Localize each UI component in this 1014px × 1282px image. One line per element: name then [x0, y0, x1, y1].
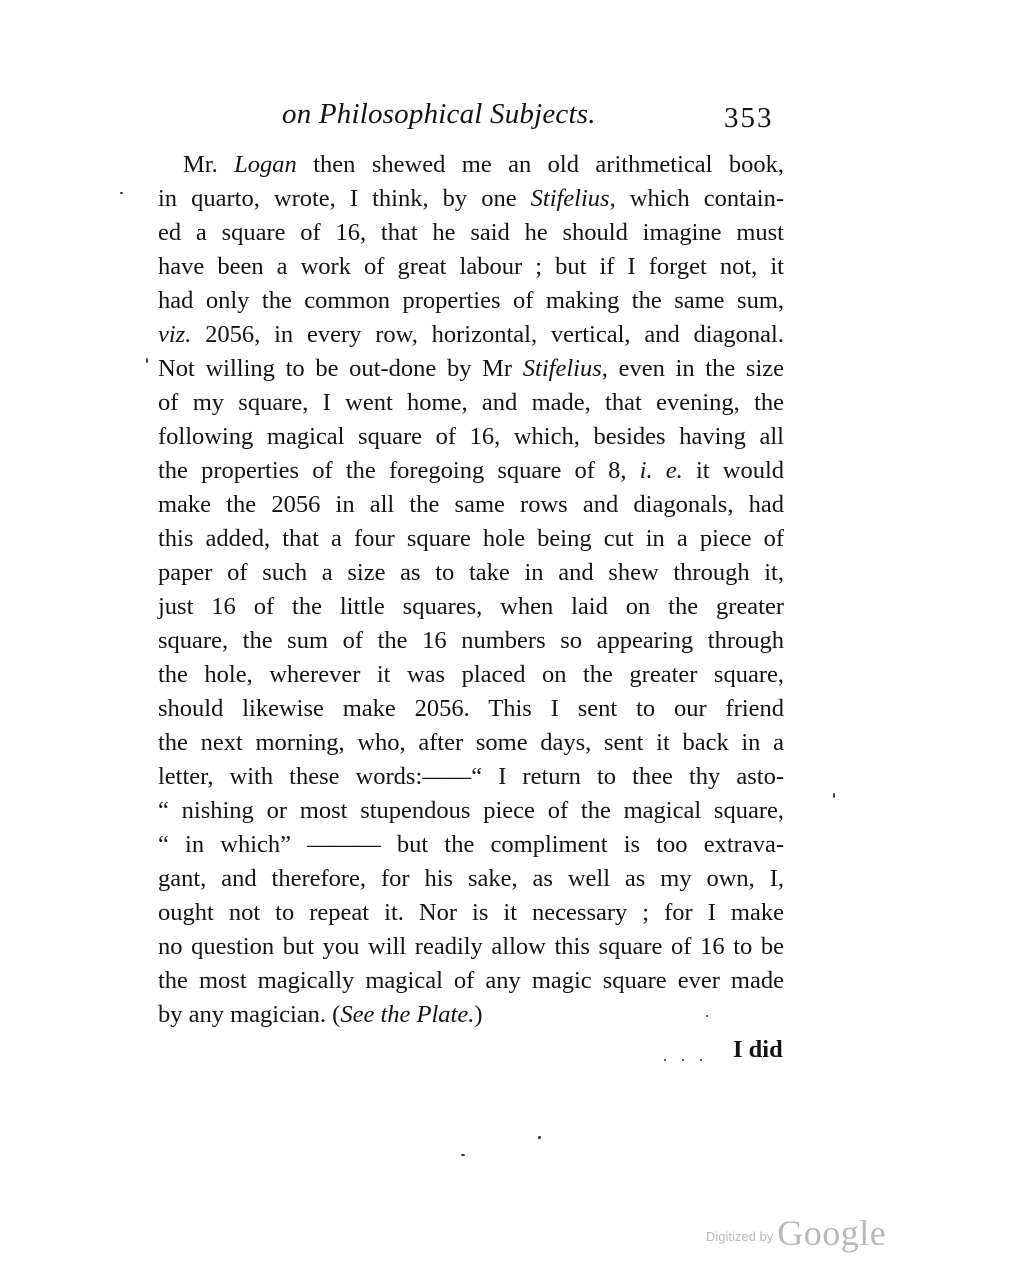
italic-span: viz.	[158, 321, 191, 348]
text-line: square, the sum of the 16 numbers so app…	[158, 626, 784, 656]
text-line: make the 2056 in all the same rows and d…	[158, 490, 784, 520]
text-span: Mr.	[183, 151, 234, 178]
text-line: ed a square of 16, that he said he shoul…	[158, 218, 784, 248]
running-title: on Philosophical Subjects.	[282, 98, 596, 131]
scan-speck	[833, 793, 835, 798]
text-line: just 16 of the little squares, when laid…	[158, 592, 784, 622]
text-line: have been a work of great labour ; but i…	[158, 252, 784, 282]
text-span: square, the sum of the 16 numbers so app…	[158, 627, 784, 654]
text-span: the next morning, who, after some days, …	[158, 729, 784, 756]
text-span: )	[474, 1001, 482, 1028]
text-span: had only the common properties of making…	[158, 287, 784, 314]
text-span: in quarto, wrote, I think, by one	[158, 185, 531, 212]
text-line: Mr. Logan then shewed me an old arithmet…	[183, 150, 784, 180]
text-span: the properties of the foregoing square o…	[158, 457, 640, 484]
text-span: Not willing to be out-done by Mr	[158, 355, 523, 382]
text-span: , which contain-	[610, 185, 784, 212]
text-span: letter, with these words:——“ I return to…	[158, 763, 784, 790]
text-line: the hole, wherever it was placed on the …	[158, 660, 784, 690]
text-span: should likewise make 2056. This I sent t…	[158, 695, 784, 722]
text-span: , even in the size	[602, 355, 784, 382]
text-line: by any magician. (See the Plate.)	[158, 1000, 784, 1030]
scan-speck	[146, 358, 148, 363]
italic-span: Stifelius	[523, 355, 602, 382]
text-span: the hole, wherever it was placed on the …	[158, 661, 784, 688]
text-line: “ nishing or most stupendous piece of th…	[158, 796, 784, 826]
watermark-prefix: Digitized by	[706, 1229, 773, 1244]
text-span: of my square, I went home, and made, tha…	[158, 389, 784, 416]
text-line: should likewise make 2056. This I sent t…	[158, 694, 784, 724]
italic-span: See the Plate.	[340, 1001, 474, 1028]
text-span: the most magically magical of any magic …	[158, 967, 784, 994]
text-line: the next morning, who, after some days, …	[158, 728, 784, 758]
text-line: viz. 2056, in every row, horizontal, ver…	[158, 320, 784, 350]
text-span: by any magician. (	[158, 1001, 340, 1028]
text-line: this added, that a four square hole bein…	[158, 524, 784, 554]
text-line: in quarto, wrote, I think, by one Stifel…	[158, 184, 784, 214]
scan-speck	[664, 1059, 666, 1061]
scan-speck	[538, 1136, 541, 1139]
text-span: this added, that a four square hole bein…	[158, 525, 784, 552]
scan-speck	[682, 1059, 684, 1061]
text-line: letter, with these words:——“ I return to…	[158, 762, 784, 792]
text-line: no question but you will readily allow t…	[158, 932, 784, 962]
text-span: paper of such a size as to take in and s…	[158, 559, 784, 586]
text-line: the properties of the foregoing square o…	[158, 456, 784, 486]
italic-span: i. e.	[640, 457, 683, 484]
text-line: ought not to repeat it. Nor is it necess…	[158, 898, 784, 928]
text-line: had only the common properties of making…	[158, 286, 784, 316]
digitized-by-google-watermark: Digitized by Google	[706, 1212, 886, 1254]
text-span: “ nishing or most stupendous piece of th…	[158, 797, 784, 824]
watermark-brand: Google	[777, 1213, 886, 1253]
text-line: of my square, I went home, and made, tha…	[158, 388, 784, 418]
scan-speck	[120, 192, 123, 194]
text-line: paper of such a size as to take in and s…	[158, 558, 784, 588]
book-page: on Philosophical Subjects. 353 Mr. Logan…	[0, 0, 1014, 1282]
text-line: Not willing to be out-done by Mr Stifeli…	[158, 354, 784, 384]
scan-speck	[700, 1059, 702, 1061]
text-span: it would	[683, 457, 784, 484]
text-span: 2056, in every row, horizontal, vertical…	[191, 321, 784, 348]
text-span: following magical square of 16, which, b…	[158, 423, 784, 450]
text-span: make the 2056 in all the same rows and d…	[158, 491, 784, 518]
text-span: ought not to repeat it. Nor is it necess…	[158, 899, 784, 926]
text-span: ed a square of 16, that he said he shoul…	[158, 219, 784, 246]
text-span: then shewed me an old arithmetical book,	[297, 151, 784, 178]
italic-span: Stifelius	[531, 185, 610, 212]
text-span: have been a work of great labour ; but i…	[158, 253, 784, 280]
text-span: gant, and therefore, for his sake, as we…	[158, 865, 784, 892]
text-span: no question but you will readily allow t…	[158, 933, 784, 960]
scan-speck	[706, 1015, 708, 1017]
text-span: “ in which” ——— but the compliment is to…	[158, 831, 784, 858]
text-span: just 16 of the little squares, when laid…	[158, 593, 784, 620]
text-line: following magical square of 16, which, b…	[158, 422, 784, 452]
catchword: I did	[733, 1036, 783, 1064]
text-line: “ in which” ——— but the compliment is to…	[158, 830, 784, 860]
text-line: gant, and therefore, for his sake, as we…	[158, 864, 784, 894]
page-number: 353	[724, 102, 774, 135]
italic-span: Logan	[234, 151, 297, 178]
scan-speck	[461, 1154, 465, 1156]
text-line: the most magically magical of any magic …	[158, 966, 784, 996]
